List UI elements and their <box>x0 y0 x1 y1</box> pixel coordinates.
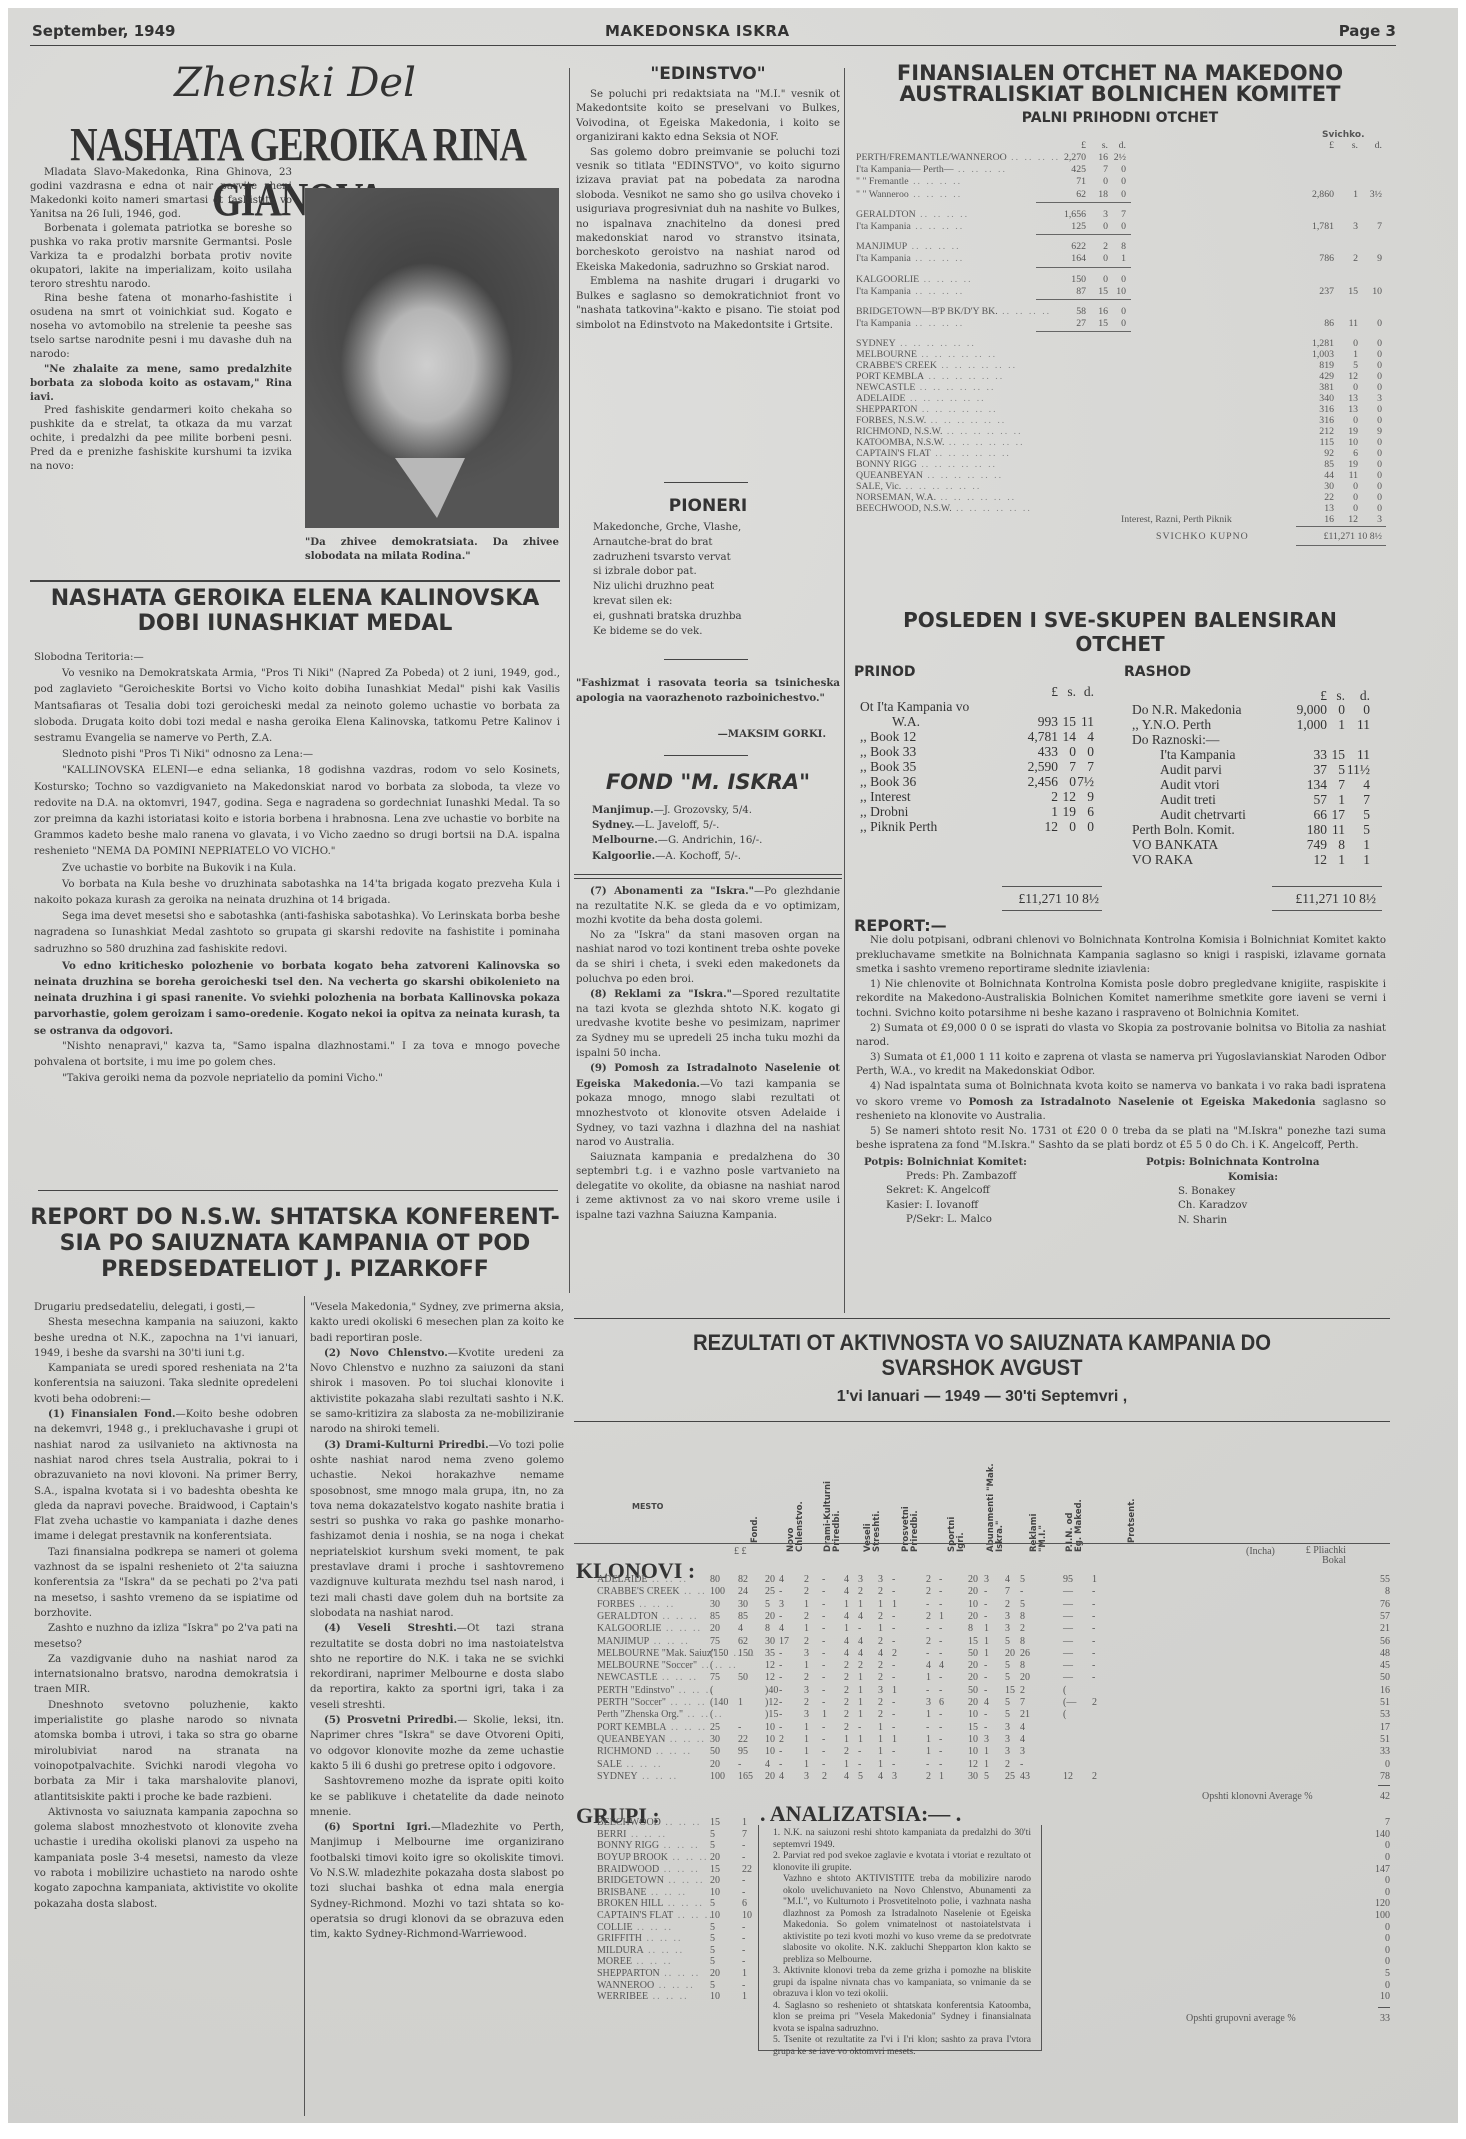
cell-value: - <box>939 1746 942 1757</box>
branch-name: ADELAIDE .. .. .. <box>597 1574 688 1585</box>
balance-sheet: PRINODRASHOD£s.d.£s.d.Ot I'ta Kampania v… <box>854 664 1384 939</box>
cell-value: 35 <box>765 1648 775 1659</box>
cell-value: 1 <box>742 1968 747 1979</box>
cell-value: 1 <box>878 1746 883 1757</box>
cell-value: 10 <box>710 1991 720 2002</box>
leader-dots: .. .. .. .. .. .. <box>931 448 1011 459</box>
cell-value: - <box>1092 1586 1095 1597</box>
cell-value: - <box>742 1887 745 1898</box>
place-total: 1,281 <box>1312 338 1334 349</box>
cell-value: 2 <box>1020 1685 1025 1696</box>
cell-value: - <box>892 1709 895 1720</box>
cell-value: - <box>822 1746 825 1757</box>
leader-dots: .. .. .. .. .. .. <box>906 393 986 404</box>
cell-value: 12 <box>1063 1771 1073 1782</box>
prinod-label: ,, Drobni <box>860 804 908 820</box>
place-total: 0 <box>1377 503 1382 514</box>
paragraph: No za "Iskra" da stani masoven organ na … <box>576 929 840 987</box>
line-item-label: I'ta Kampania .. .. .. .. <box>856 286 964 297</box>
cell-value: 4 <box>1020 1722 1025 1733</box>
cell-value: 10 <box>765 1746 775 1757</box>
percent-value: 0 <box>1385 1852 1390 1863</box>
report-item: 3) Sumata ot £1,000 1 11 koito e zaprena… <box>856 1051 1386 1080</box>
rashod-amount: 9,000 <box>1297 702 1327 718</box>
cell-value: 2 <box>844 1746 849 1757</box>
percent-value: 0 <box>1385 1980 1390 1991</box>
cell-value: - <box>939 1722 942 1733</box>
place-name: CAPTAIN'S FLAT <box>856 448 931 459</box>
leader-dots: .. .. .. .. <box>911 318 964 329</box>
cell-value: 25 <box>765 1586 775 1597</box>
line-item-label: FORBES, N.S.W. .. .. .. .. .. .. <box>856 415 1006 426</box>
line-item-amount: 622 <box>1071 241 1086 252</box>
cell-value: - <box>742 1980 745 1991</box>
cell-value: 12 <box>765 1660 775 1671</box>
cell-value: 2 <box>779 1734 784 1745</box>
page-number: Page 3 <box>1339 22 1396 40</box>
cell-value: - <box>892 1586 895 1597</box>
mesto: FORBES <box>597 1599 635 1610</box>
cell-value: 4 <box>844 1574 849 1585</box>
donation-entry: Manjimup.—J. Grozovsky, 5/4. <box>592 803 832 818</box>
cell-value: - <box>822 1574 825 1585</box>
cell-value: 20 <box>710 1852 720 1863</box>
line-item-amount: 2½ <box>1114 152 1126 163</box>
signatory: N. Sharin <box>1178 1214 1227 1229</box>
cell-value: - <box>779 1697 782 1708</box>
column-rule <box>569 68 570 1293</box>
currency-header: £ <box>1081 140 1086 151</box>
column-header: Prosvetni Priredbi. <box>902 1506 920 1552</box>
leader-dots: .. .. .. .. <box>919 274 972 285</box>
mesto: BEECHWOOD <box>597 1817 661 1828</box>
sign-right-sub: Komisia: <box>1228 1170 1278 1185</box>
place-name: I'ta Kampania <box>856 221 911 232</box>
percent-value: 8 <box>1385 1586 1390 1597</box>
group-total: 3½ <box>1370 189 1382 200</box>
cell-value: 7 <box>1005 1586 1010 1597</box>
line-item-amount: 10 <box>1116 286 1126 297</box>
headline-kalinovska: NASHATA GEROIKA ELENA KALINOVSKA DOBI IU… <box>30 586 560 636</box>
cell-value: - <box>939 1734 942 1745</box>
column-header: Veseli Streshti. <box>864 1511 882 1552</box>
cell-value: 2 <box>926 1586 931 1597</box>
group-name: WANNEROO .. .. .. <box>597 1980 695 1991</box>
prinod-label: ,, Piknik Perth <box>860 819 937 835</box>
branch-name: QUEANBEYAN .. .. .. <box>597 1734 706 1745</box>
place-total: 0 <box>1377 382 1382 393</box>
analizatsia-box: 1. N.K. na saiuzoni reshi shtoto kampani… <box>758 1825 1042 2051</box>
line-item-amount: 71 <box>1076 176 1086 187</box>
header-rule <box>574 1543 1390 1544</box>
cell-value: 4 <box>844 1648 849 1659</box>
cell-value: ( <box>710 1709 713 1720</box>
fond-donations: Manjimup.—J. Grozovsky, 5/4.Sydney.—L. J… <box>592 803 832 864</box>
prinod-amount: 7½ <box>1077 774 1094 790</box>
highlight: Pomosh za Istradalnoto Naselenie ot Egei… <box>969 1096 1316 1108</box>
cell-value: 4 <box>926 1660 931 1671</box>
rashod-amount: 7 <box>1338 777 1345 793</box>
group-name: SHEPPARTON .. .. .. <box>597 1968 700 1979</box>
rashod-amount: 33 <box>1314 747 1328 763</box>
cell-value: 1 <box>844 1734 849 1745</box>
cell-value: 1 <box>742 1817 747 1828</box>
cell-value: - <box>822 1759 825 1770</box>
group-total: 10 <box>1372 286 1382 297</box>
rashod-amount: 37 <box>1314 762 1328 778</box>
cell-value: ( <box>1063 1685 1066 1696</box>
prinod-amount: 6 <box>1087 804 1094 820</box>
mesto: CAPTAIN'S FLAT <box>597 1910 673 1921</box>
currency-header: d. <box>1084 684 1094 700</box>
cell-value: - <box>926 1623 929 1634</box>
cell-value: 1 <box>926 1709 931 1720</box>
cell-value: - <box>742 1922 745 1933</box>
leader-dots: .. .. .. .. <box>907 241 960 252</box>
signatory: Ch. Karadzov <box>1178 1199 1247 1214</box>
place-total: 6 <box>1353 448 1358 459</box>
place-total: 0 <box>1353 338 1358 349</box>
cell-value: 2 <box>804 1697 809 1708</box>
cell-value: 3 <box>1005 1611 1010 1622</box>
leader-dots: .. .. .. .. .. .. <box>944 437 1024 448</box>
place-name: QUEANBEYAN <box>856 470 923 481</box>
rashod-amount: 17 <box>1332 807 1346 823</box>
leader-dots: .. .. .. <box>674 1685 715 1696</box>
rezultati-date-range: 1'vi Ianuari — 1949 — 30'ti Septemvri , <box>574 1388 1390 1406</box>
cell-value: - <box>939 1709 942 1720</box>
cell-value: 5 <box>1005 1660 1010 1671</box>
cell-value: - <box>779 1611 782 1622</box>
cell-value: - <box>939 1759 942 1770</box>
cell-value: 8 <box>1020 1636 1025 1647</box>
prinod-amount: 2,590 <box>1028 759 1058 775</box>
analysis-item: 3. Aktivnite klonovi treba da zeme grizh… <box>773 1965 1031 2000</box>
percent-value: 45 <box>1380 1660 1390 1671</box>
line-item-amount: 0 <box>1121 189 1126 200</box>
cell-value: 150 <box>738 1648 753 1659</box>
cell-value: 3 <box>984 1734 989 1745</box>
cell-value: 20 <box>710 1623 720 1634</box>
prinod-amount: 0 <box>1069 744 1076 760</box>
line-item-amount: 18 <box>1098 189 1108 200</box>
signatory: P/Sekr: L. Malco <box>906 1213 992 1228</box>
prinod-label: ,, Book 35 <box>860 759 916 775</box>
mesto: GERALDTON <box>597 1611 658 1622</box>
percent-value: 0 <box>1385 1933 1390 1944</box>
mesto: ADELAIDE <box>597 1574 648 1585</box>
leader-dots: .. .. .. .. <box>909 189 962 200</box>
cell-value: 5 <box>1005 1636 1010 1647</box>
rashod-amount: 8 <box>1338 837 1345 853</box>
percent-value: 21 <box>1380 1623 1390 1634</box>
branch-name: MELBOURNE "Soccer" .. .. .. <box>597 1660 738 1671</box>
line-item-amount: 0 <box>1103 176 1108 187</box>
cell-value: 1 <box>892 1734 897 1745</box>
divider <box>574 1318 1390 1319</box>
prinod-label: W.A. <box>892 714 920 730</box>
cell-value: 95 <box>1063 1574 1073 1585</box>
rashod-amount: 1 <box>1363 837 1370 853</box>
line-item-amount: 2 <box>1103 241 1108 252</box>
line-item-label: QUEANBEYAN .. .. .. .. .. .. <box>856 470 1003 481</box>
mesto: COLLIE <box>597 1922 633 1933</box>
cell-value: 10 <box>765 1734 775 1745</box>
place-name: I'ta Kampania <box>856 253 911 264</box>
group-name: CAPTAIN'S FLAT .. .. .. <box>597 1910 714 1921</box>
percent-value: 7 <box>1385 1817 1390 1828</box>
rashod-label: Audit treti <box>1160 792 1216 808</box>
cell-value: - <box>822 1648 825 1659</box>
donation-donor: —G. Andrichin, 16/-. <box>658 835 763 846</box>
cell-value: 20 <box>968 1697 978 1708</box>
mesto: Perth "Zhenska Org." <box>597 1709 683 1720</box>
cell-value: 1 <box>804 1746 809 1757</box>
cell-value: - <box>984 1611 987 1622</box>
prinod-amount: 0 <box>1069 819 1076 835</box>
paragraph-lead: (1) Finansialen Fond. <box>48 1408 176 1420</box>
unit-fond: £ £ <box>734 1546 747 1557</box>
divider <box>574 878 842 879</box>
cell-value: - <box>926 1648 929 1659</box>
mesto: QUEANBEYAN <box>597 1734 665 1745</box>
paragraph-lead: (3) Drami-Kulturni Priredbi. <box>324 1439 489 1451</box>
percent-value: 0 <box>1385 1759 1390 1770</box>
divider <box>664 659 748 660</box>
line-item-label: MELBOURNE .. .. .. .. .. .. <box>856 349 997 360</box>
report-body: Nie dolu potpisani, odbrani chlenovi vo … <box>856 934 1386 1227</box>
cell-value: 3 <box>926 1697 931 1708</box>
report-item: 2) Sumata ot £9,000 0 0 se isprati do vl… <box>856 1022 1386 1051</box>
cell-value: 1 <box>858 1672 863 1683</box>
rashod-amount: 1 <box>1338 792 1345 808</box>
edinstvo-article: Se poluchi pri redaktsiata na "M.I." ves… <box>576 88 840 333</box>
headline-fond-iskra: FOND "M. ISKRA" <box>574 770 842 794</box>
place-total: 85 <box>1324 459 1334 470</box>
cell-value: - <box>742 1840 745 1851</box>
cell-value: 50 <box>710 1746 720 1757</box>
interest-total: 16 <box>1324 514 1334 525</box>
cell-value: 1 <box>858 1685 863 1696</box>
place-total: 0 <box>1377 360 1382 371</box>
place-total: 22 <box>1324 492 1334 503</box>
newspaper-title: MAKEDONSKA ISKRA <box>605 22 790 40</box>
group-total: 7 <box>1377 221 1382 232</box>
cell-value: - <box>892 1660 895 1671</box>
rashod-amount: 1 <box>1338 717 1345 733</box>
prinod-label: ,, Book 33 <box>860 744 916 760</box>
place-name: PERTH/FREMANTLE/WANNEROO <box>856 152 1007 163</box>
group-total: 9 <box>1377 253 1382 264</box>
cell-value: 2 <box>926 1574 931 1585</box>
cell-value: - <box>984 1722 987 1733</box>
headline-nsw-report: REPORT DO N.S.W. SHTATSKA KONFERENT- SIA… <box>30 1205 560 1283</box>
column-header: Abunamenti "Mak. Iskra." <box>987 1463 1005 1552</box>
cell-value: 20 <box>710 1875 720 1886</box>
paragraph: Zashto e nuzhno da izliza "Iskra" po 2'v… <box>34 1621 298 1652</box>
place-name: MELBOURNE <box>856 349 917 360</box>
line-item-amount: 8 <box>1121 241 1126 252</box>
line-item-amount: 15 <box>1098 286 1108 297</box>
column-header: Fond. <box>751 1516 760 1543</box>
cell-value: 50 <box>738 1672 748 1683</box>
cell-value: 2 <box>844 1685 849 1696</box>
cell-value: 2 <box>878 1697 883 1708</box>
cell-value: 1 <box>984 1648 989 1659</box>
place-total: 0 <box>1353 382 1358 393</box>
branch-name: RICHMOND .. .. .. <box>597 1746 692 1757</box>
cell-value: ( <box>1063 1709 1066 1720</box>
rashod-label: Do Raznoski:— <box>1132 732 1219 748</box>
unit-reklami: (Incha) <box>1246 1546 1275 1557</box>
cell-value: - <box>892 1623 895 1634</box>
donation-place: Kalgoorlie. <box>592 850 655 862</box>
paragraph: (4) Veseli Streshti.—Ot tazi strana rezu… <box>310 1621 564 1713</box>
leader-dots: .. .. .. .. .. .. <box>917 459 997 470</box>
prinod-amount: 4,781 <box>1028 729 1058 745</box>
leader-dots: .. .. .. <box>658 1672 699 1683</box>
line-item-amount: 58 <box>1076 306 1086 317</box>
percent-value: 0 <box>1385 1945 1390 1956</box>
results-table: MESTOFond.Novo Chlenstvo.Drami-Kulturni … <box>574 1422 1390 2132</box>
cell-value: 1 <box>804 1734 809 1745</box>
cell-value: 3 <box>892 1771 897 1782</box>
cell-value: 5 <box>710 1840 715 1851</box>
paragraph: (3) Drami-Kulturni Priredbi.—Vo tozi pol… <box>310 1438 564 1622</box>
leader-dots: .. .. .. .. .. .. <box>926 415 1006 426</box>
group-name: BRISBANE .. .. .. <box>597 1887 687 1898</box>
percent-value: 76 <box>1380 1599 1390 1610</box>
cell-value: - <box>892 1636 895 1647</box>
prinod-label: ,, Interest <box>860 789 911 805</box>
report-intro: Nie dolu potpisani, odbrani chlenovi vo … <box>856 934 1386 978</box>
cell-value: 1 <box>878 1734 883 1745</box>
headline-edinstvo: "EDINSTVO" <box>574 64 842 84</box>
cell-value: — <box>1063 1611 1073 1622</box>
column-header: P.I.N. od Eg. Maked. <box>1066 1499 1084 1552</box>
analysis-item: 4. Saglasno so reshenieto ot shtatskata … <box>773 2000 1031 2035</box>
mesto: CRABBE'S CREEK <box>597 1586 680 1597</box>
group-total: 86 <box>1324 318 1334 329</box>
cell-value: 3 <box>804 1685 809 1696</box>
cell-value: - <box>926 1722 929 1733</box>
cell-value: 2 <box>804 1636 809 1647</box>
leader-dots: .. .. .. .. <box>998 306 1051 317</box>
rashod-amount: 0 <box>1363 702 1370 718</box>
cell-value: 20 <box>710 1759 720 1770</box>
cell-value: - <box>779 1759 782 1770</box>
column-rule <box>304 1296 305 2116</box>
prinod-title: PRINOD <box>854 664 916 680</box>
cell-value: 20 <box>968 1586 978 1597</box>
line-item-amount: 0 <box>1121 274 1126 285</box>
rashod-amount: 12 <box>1314 852 1328 868</box>
cell-value: - <box>939 1636 942 1647</box>
cell-value: - <box>822 1697 825 1708</box>
leader-dots: .. .. .. <box>664 1875 705 1886</box>
mesto: SALE <box>597 1759 622 1770</box>
place-total: 19 <box>1348 426 1358 437</box>
grupi-average-value: 33 <box>1380 2013 1390 2024</box>
total-rule <box>1296 526 1386 527</box>
signatory: Sekret: K. Angelcoff <box>886 1184 990 1199</box>
cell-value: 25 <box>1005 1771 1015 1782</box>
leader-dots: .. .. .. .. <box>916 209 969 220</box>
rashod-amount: 180 <box>1307 822 1327 838</box>
rashod-amount: 1,000 <box>1297 717 1327 733</box>
cell-value: 2 <box>822 1771 827 1782</box>
place-total: 316 <box>1319 404 1334 415</box>
leader-dots: .. .. .. .. <box>909 176 962 187</box>
cell-value: 1 <box>984 1759 989 1770</box>
line-item-label: NORSEMAN, W.A. .. .. .. .. .. .. <box>856 492 1016 503</box>
rashod-amount: 1 <box>1338 852 1345 868</box>
cell-value: - <box>779 1746 782 1757</box>
cell-value: 3 <box>804 1709 809 1720</box>
place-total: 429 <box>1319 371 1334 382</box>
cell-value: 2 <box>878 1586 883 1597</box>
cell-value: 20 <box>765 1771 775 1782</box>
cell-value: (150 <box>710 1648 728 1659</box>
sign-left-title: Potpis: Bolnichniat Komitet: <box>864 1155 1027 1170</box>
percent-value: 55 <box>1380 1574 1390 1585</box>
group-name: BRAIDWOOD .. .. .. <box>597 1864 700 1875</box>
cell-value: 20 <box>765 1611 775 1622</box>
place-total: 0 <box>1377 338 1382 349</box>
line-item-amount: 1,656 <box>1064 209 1086 220</box>
place-total: 10 <box>1348 437 1358 448</box>
prinod-amount: 993 <box>1038 714 1058 730</box>
cell-value: 22 <box>738 1734 748 1745</box>
place-name: " " Wanneroo <box>856 189 909 200</box>
group-name: BERRI .. .. .. <box>597 1829 667 1840</box>
branch-name: PERTH "Edinstvo" .. .. .. <box>597 1685 715 1696</box>
branch-name: GERALDTON .. .. .. <box>597 1611 698 1622</box>
cell-value: - <box>892 1574 895 1585</box>
cell-value: - <box>926 1759 929 1770</box>
rashod-amount: 11 <box>1332 822 1345 838</box>
divider <box>30 580 560 582</box>
rashod-amount: 11½ <box>1347 762 1370 778</box>
cell-value: 1 <box>892 1685 897 1696</box>
cell-value: - <box>858 1746 861 1757</box>
paragraph: Tazi finansialna podkrepa se nameri ot g… <box>34 1545 298 1621</box>
cell-value: 4 <box>1020 1734 1025 1745</box>
cell-value: 1 <box>844 1599 849 1610</box>
cell-value: 4 <box>878 1648 883 1659</box>
group-total: 3 <box>1353 221 1358 232</box>
line-item-amount: 164 <box>1071 253 1086 264</box>
cell-value: 1 <box>822 1709 827 1720</box>
photo-caption: "Da zhivee demokratsiata. Da zhivee slob… <box>305 535 559 563</box>
paragraph: Aktivnosta vo saiuznata kampania zapochn… <box>34 1805 298 1912</box>
place-name: SYDNEY <box>856 338 896 349</box>
leader-dots: .. .. .. <box>632 1956 673 1967</box>
line-item-amount: 0 <box>1121 318 1126 329</box>
cell-value: 15 <box>968 1722 978 1733</box>
cell-value: 2 <box>1092 1697 1097 1708</box>
line-item-amount: 0 <box>1121 164 1126 175</box>
cell-value: 3 <box>1005 1746 1010 1757</box>
cell-value: - <box>779 1685 782 1696</box>
cell-value: 4 <box>779 1623 784 1634</box>
poem-line: si izbrale dobor pat. <box>593 565 833 580</box>
cell-value: - <box>742 1933 745 1944</box>
cell-value: 8 <box>1020 1660 1025 1671</box>
cell-value: — <box>1063 1623 1073 1634</box>
group-total: 2,860 <box>1312 189 1334 200</box>
line-item-amount: 125 <box>1071 221 1086 232</box>
